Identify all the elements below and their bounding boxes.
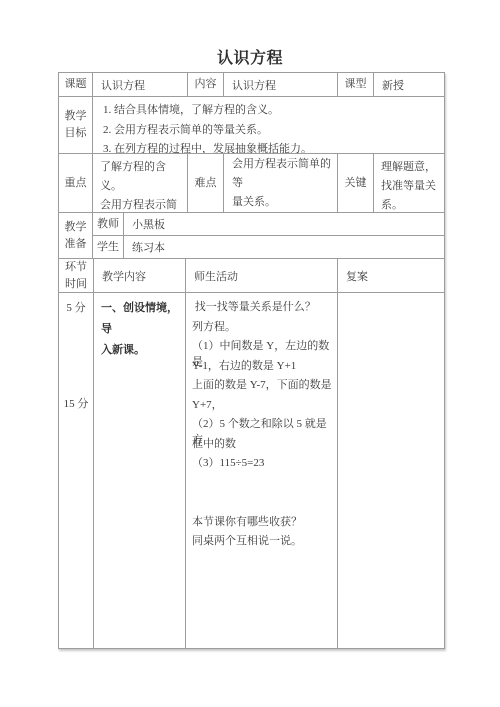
- prep-label-line2: 准备: [65, 236, 87, 253]
- stage-header-line1: 环节: [65, 259, 87, 276]
- key-content-cell: 理解题意， 找准等量关 系。: [374, 154, 444, 213]
- activity-line: 框中的数: [192, 435, 333, 455]
- review-header-cell: 复案: [338, 259, 444, 293]
- teacher-label-cell: 教师: [93, 213, 124, 236]
- activity-line: 上面的数是 Y-7，下面的数是: [192, 376, 333, 396]
- objectives-label-cell: 教学 目标: [59, 97, 93, 154]
- activity-cell: 找一找等量关系是什么？ 列方程。 （1）中间数是 Y，左边的数是 Y-1，右边的…: [186, 293, 338, 648]
- time-cell: 5 分 15 分: [59, 293, 94, 648]
- key-line: 理解题意，: [381, 158, 440, 177]
- activity-header-cell: 师生活动: [186, 259, 338, 293]
- focus-content-cell: 了解方程的含义。 会用方程表示简单 的等量关系。: [93, 154, 188, 213]
- keypoints-row: 重点 了解方程的含义。 会用方程表示简单 的等量关系。 难点 会用方程表示简单的…: [59, 154, 444, 213]
- activity-line: 本节课你有哪些收获？: [192, 513, 333, 533]
- difficulty-line: 量关系。: [232, 193, 337, 212]
- page-title: 认识方程: [0, 45, 500, 68]
- key-label-cell: 关键: [338, 154, 374, 213]
- prep-label-line1: 教学: [65, 219, 87, 236]
- topic-value-cell: 认识方程: [93, 73, 188, 97]
- topic-line: 入新课。: [101, 340, 181, 361]
- review-cell: [338, 293, 444, 648]
- stage-time-header-cell: 环节 时间: [59, 259, 94, 293]
- activity-line: （2）5 个数之和除以 5 就是方: [192, 415, 333, 435]
- activity-line: （3）115÷5=23: [192, 454, 333, 474]
- time-value-2: 15 分: [59, 395, 93, 411]
- key-line: 找准等量关: [381, 177, 440, 196]
- difficulty-content-cell: 会用方程表示简单的等 量关系。: [224, 154, 338, 213]
- objective-item: 1. 结合具体情境，了解方程的含义。: [103, 101, 438, 121]
- lesson-plan-table: 课题 认识方程 内容 认识方程 课型 新授 教学 目标 1. 结合具体情境，了解…: [58, 72, 445, 649]
- topic-line: 一、创设情境，导: [101, 298, 181, 340]
- objectives-content-cell: 1. 结合具体情境，了解方程的含义。 2. 会用方程表示简单的等量关系。 3. …: [93, 97, 444, 154]
- prep-teacher-row: 教师 小黑板: [93, 213, 444, 236]
- objective-item: 2. 会用方程表示简单的等量关系。: [103, 121, 438, 141]
- activity-line: Y-1，右边的数是 Y+1: [192, 357, 333, 377]
- prep-label-cell: 教学 准备: [59, 213, 93, 259]
- student-value-cell: 练习本: [124, 236, 444, 259]
- objective-item: 3. 在列方程的过程中，发展抽象概括能力。: [103, 140, 438, 154]
- activity-line: [192, 493, 333, 513]
- prep-row: 教学 准备 教师 小黑板 学生 练习本: [59, 213, 444, 259]
- focus-line: 了解方程的含义。: [100, 158, 183, 196]
- prep-student-row: 学生 练习本: [93, 236, 444, 259]
- content-label-cell: 内容: [188, 73, 224, 97]
- type-label-cell: 课型: [338, 73, 374, 97]
- objectives-label-line2: 目标: [65, 125, 87, 142]
- key-line: 系。: [381, 196, 440, 213]
- student-label-cell: 学生: [93, 236, 124, 259]
- activity-line: （1）中间数是 Y，左边的数是: [192, 337, 333, 357]
- time-value-1: 5 分: [59, 299, 93, 315]
- teacher-value-cell: 小黑板: [124, 213, 444, 236]
- difficulty-line: 会用方程表示简单的等: [232, 155, 337, 193]
- topic-label-cell: 课题: [59, 73, 93, 97]
- focus-line: 会用方程表示简单: [100, 196, 183, 213]
- activity-line: [192, 474, 333, 494]
- objectives-label-line1: 教学: [65, 108, 87, 125]
- columns-header-row: 环节 时间 教学内容 师生活动 复案: [59, 259, 444, 293]
- focus-label-cell: 重点: [59, 154, 93, 213]
- activity-line: Y+7，: [192, 396, 333, 416]
- activity-line: 同桌两个互相说一说。: [192, 532, 333, 552]
- objectives-row: 教学 目标 1. 结合具体情境，了解方程的含义。 2. 会用方程表示简单的等量关…: [59, 97, 444, 154]
- main-content-row: 5 分 15 分 一、创设情境，导 入新课。 找一找等量关系是什么？ 列方程。 …: [59, 293, 444, 648]
- teaching-content-cell: 一、创设情境，导 入新课。: [94, 293, 186, 648]
- activity-line: 找一找等量关系是什么？: [192, 298, 333, 318]
- stage-header-line2: 时间: [65, 276, 87, 293]
- type-value-cell: 新授: [374, 73, 444, 97]
- difficulty-label-cell: 难点: [188, 154, 224, 213]
- content-header-cell: 教学内容: [94, 259, 186, 293]
- header-row-topic: 课题 认识方程 内容 认识方程 课型 新授: [59, 73, 444, 97]
- activity-line: 列方程。: [192, 318, 333, 338]
- prep-sub-rows: 教师 小黑板 学生 练习本: [93, 213, 444, 259]
- content-value-cell: 认识方程: [224, 73, 338, 97]
